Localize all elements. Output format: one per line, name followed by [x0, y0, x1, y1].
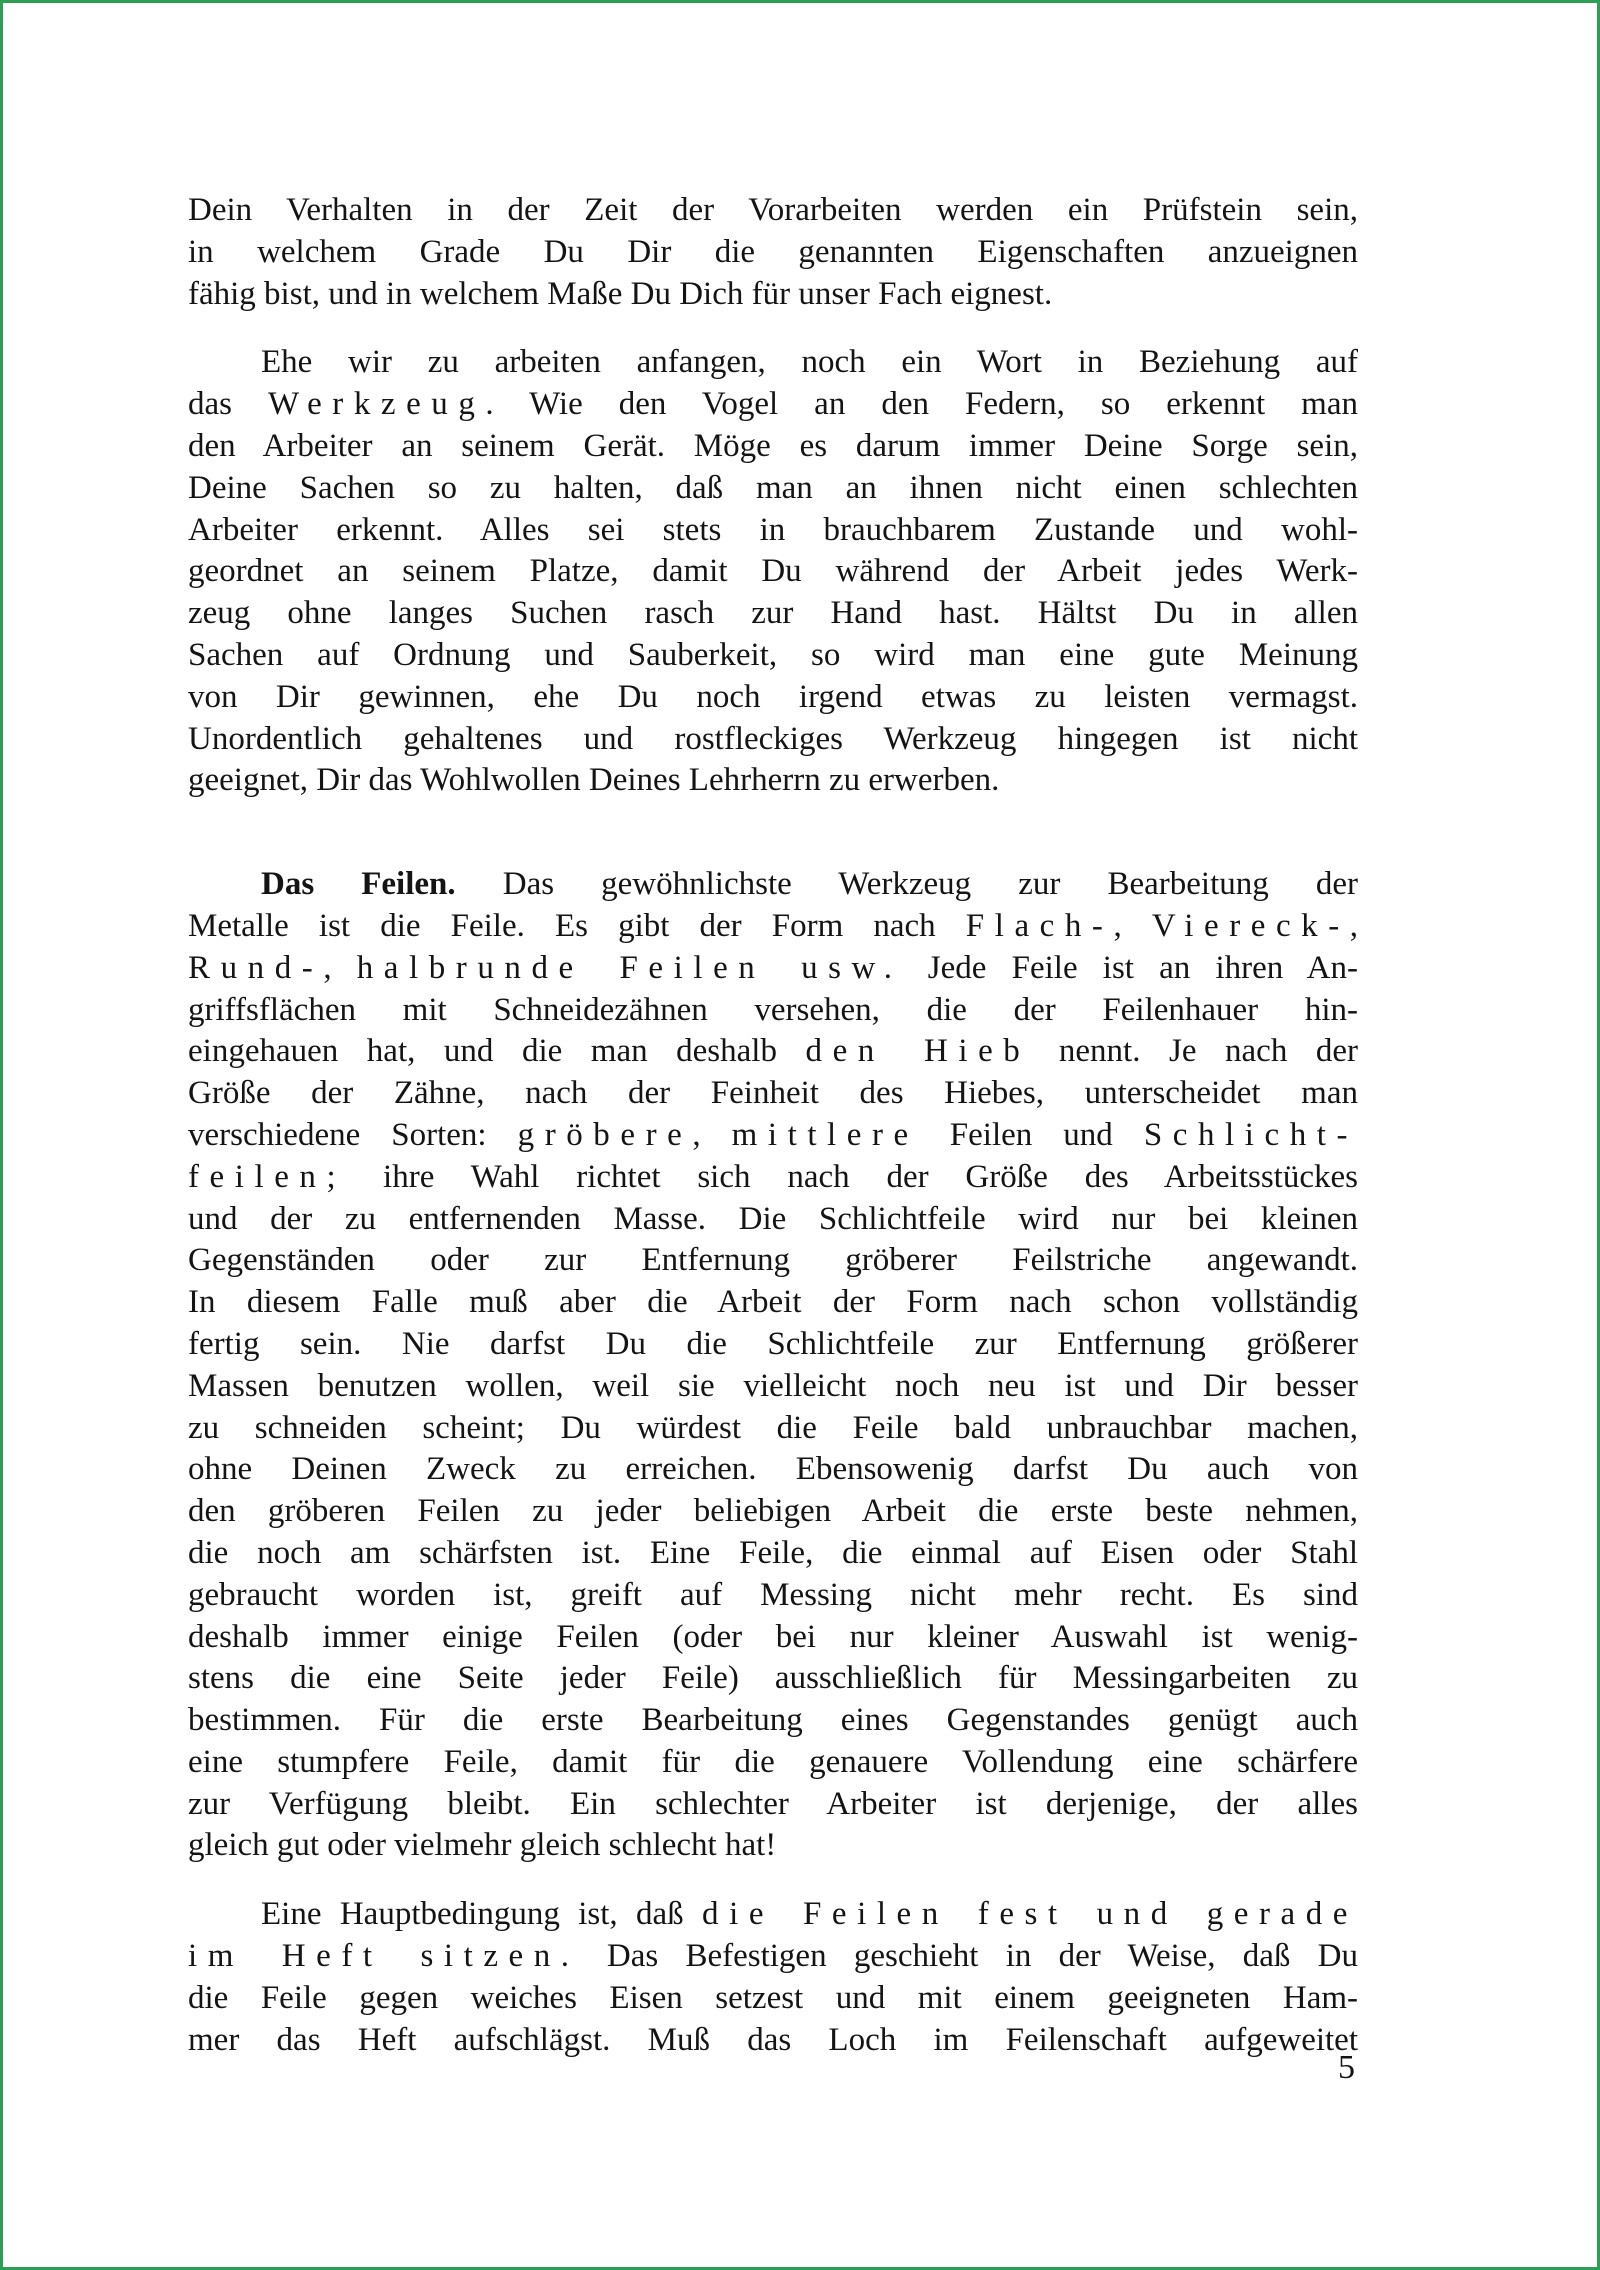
text-line: zeug ohne langes Suchen rasch zur Hand h… — [188, 593, 1358, 635]
text-run: die noch am schärfsten ist. Eine Feile, … — [188, 1535, 1358, 1571]
text-run: Unordentlich gehaltenes und rostfleckige… — [188, 721, 1358, 757]
text-line: mer das Heft aufschlägst. Muß das Loch i… — [188, 2020, 1358, 2062]
text-line: deshalb immer einige Feilen (oder bei nu… — [188, 1617, 1358, 1659]
paragraph-gap — [188, 1867, 1358, 1894]
text-run: stens die eine Seite jeder Feile) aussch… — [188, 1660, 1358, 1696]
text-run: zu schneiden scheint; Du würdest die Fei… — [188, 1410, 1358, 1446]
text-run: , — [323, 950, 356, 986]
emphasized-term: mittlere — [732, 1117, 919, 1153]
text-line: in welchem Grade Du Dir die genannten Ei… — [188, 232, 1358, 274]
text-line: Sachen auf Ordnung und Sauberkeit, so wi… — [188, 635, 1358, 677]
page-text: Dein Verhalten in der Zeit der Vorarbeit… — [188, 190, 1358, 2061]
text-run: Jede Feile ist an ihren An- — [903, 950, 1358, 986]
emphasized-term: Viereck- — [1152, 908, 1350, 944]
text-line: Größe der Zähne, nach der Feinheit des H… — [188, 1073, 1358, 1115]
text-line: gebraucht worden ist, greift auf Messing… — [188, 1575, 1358, 1617]
text-line: verschiedene Sorten: gröbere, mittlere F… — [188, 1115, 1358, 1157]
text-run: das — [188, 386, 268, 422]
text-line: von Dir gewinnen, ehe Du noch irgend etw… — [188, 677, 1358, 719]
text-run: Deine Sachen so zu halten, daß man an ih… — [188, 470, 1358, 506]
text-run: fertig sein. Nie darfst Du die Schlichtf… — [188, 1326, 1358, 1362]
text-run: geeignet, Dir das Wohlwollen Deines Lehr… — [188, 762, 999, 798]
emphasized-term: Rund- — [188, 950, 323, 986]
text-line: eingehauen hat, und die man deshalb den … — [188, 1031, 1358, 1073]
text-line: fähig bist, und in welchem Maße Du Dich … — [188, 274, 1358, 316]
text-run: eine stumpfere Feile, damit für die gena… — [188, 1744, 1358, 1780]
text-run: und der zu entfernenden Masse. Die Schli… — [188, 1201, 1358, 1237]
text-line: In diesem Falle muß aber die Arbeit der … — [188, 1282, 1358, 1324]
paragraph: Ehe wir zu arbeiten anfangen, noch ein W… — [188, 342, 1358, 802]
text-run: Metalle ist die Feile. Es gibt der Form … — [188, 908, 966, 944]
text-run: den gröberen Feilen zu jeder beliebigen … — [188, 1493, 1358, 1529]
emphasized-term: im Heft sitzen. — [188, 1938, 580, 1974]
text-line: geordnet an seinem Platze, damit Du währ… — [188, 551, 1358, 593]
text-run: Gegenständen oder zur Entfernung gröbere… — [188, 1242, 1358, 1278]
text-line: gleich gut oder vielmehr gleich schlecht… — [188, 1825, 1358, 1867]
section-feilen: Das Feilen. Das gewöhnlichste Werkzeug z… — [188, 864, 1358, 1867]
text-run: Eine Hauptbedingung ist, daß — [261, 1896, 702, 1932]
emphasized-term: gröbere — [518, 1117, 693, 1153]
text-run: zur Verfügung bleibt. Ein schlechter Arb… — [188, 1786, 1358, 1822]
text-line: und der zu entfernenden Masse. Die Schli… — [188, 1199, 1358, 1241]
text-line: fertig sein. Nie darfst Du die Schlichtf… — [188, 1324, 1358, 1366]
text-line: die Feile gegen weiches Eisen setzest un… — [188, 1978, 1358, 2020]
text-run: Massen benutzen wollen, weil sie viellei… — [188, 1368, 1358, 1404]
text-run: nennt. Je nach der — [1030, 1033, 1358, 1069]
text-line: den gröberen Feilen zu jeder beliebigen … — [188, 1491, 1358, 1533]
text-line: Unordentlich gehaltenes und rostfleckige… — [188, 719, 1358, 761]
page-number: 5 — [1338, 2049, 1355, 2087]
text-run: Das Befestigen geschieht in der Weise, d… — [580, 1938, 1358, 1974]
text-run: in welchem Grade Du Dir die genannten Ei… — [188, 234, 1358, 270]
text-run: Dein Verhalten in der Zeit der Vorarbeit… — [188, 192, 1358, 228]
text-run: Größe der Zähne, nach der Feinheit des H… — [188, 1075, 1358, 1111]
text-run: mer das Heft aufschlägst. Muß das Loch i… — [188, 2022, 1358, 2058]
emphasized-term: Werkzeug — [268, 386, 485, 422]
section-heading: Das Feilen. — [261, 866, 456, 902]
text-run: den Arbeiter an seinem Gerät. Möge es da… — [188, 428, 1358, 464]
text-run: ohne Deinen Zweck zu erreichen. Ebensowe… — [188, 1451, 1358, 1487]
page-frame: Dein Verhalten in der Zeit der Vorarbeit… — [0, 0, 1600, 2270]
paragraph: Eine Hauptbedingung ist, daß die Feilen … — [188, 1894, 1358, 2061]
text-line: ohne Deinen Zweck zu erreichen. Ebensowe… — [188, 1449, 1358, 1491]
text-line: Massen benutzen wollen, weil sie viellei… — [188, 1366, 1358, 1408]
text-run: ihre Wahl richtet sich nach der Größe de… — [346, 1159, 1358, 1195]
text-run: fähig bist, und in welchem Maße Du Dich … — [188, 276, 1052, 312]
text-run: bestimmen. Für die erste Bearbeitung ein… — [188, 1702, 1358, 1738]
text-run: In diesem Falle muß aber die Arbeit der … — [188, 1284, 1358, 1320]
text-line: Arbeiter erkennt. Alles sei stets in bra… — [188, 510, 1358, 552]
emphasized-term: die Feilen fest und gerade — [702, 1896, 1358, 1932]
text-run: , — [1350, 908, 1358, 944]
text-run: , — [692, 1117, 731, 1153]
paragraph: Dein Verhalten in der Zeit der Vorarbeit… — [188, 190, 1358, 315]
text-run: die Feile gegen weiches Eisen setzest un… — [188, 1980, 1358, 2016]
text-run: von Dir gewinnen, ehe Du noch irgend etw… — [188, 679, 1358, 715]
text-run: deshalb immer einige Feilen (oder bei nu… — [188, 1619, 1358, 1655]
text-line: Eine Hauptbedingung ist, daß die Feilen … — [188, 1894, 1358, 1936]
text-run: Das gewöhnlichste Werkzeug zur Bearbeitu… — [456, 866, 1358, 902]
emphasized-term: Schlicht- — [1144, 1117, 1358, 1153]
text-line: den Arbeiter an seinem Gerät. Möge es da… — [188, 426, 1358, 468]
text-line: griffsflächen mit Schneidezähnen versehe… — [188, 990, 1358, 1032]
text-line: geeignet, Dir das Wohlwollen Deines Lehr… — [188, 760, 1358, 802]
text-line: stens die eine Seite jeder Feile) aussch… — [188, 1658, 1358, 1700]
text-line: zur Verfügung bleibt. Ein schlechter Arb… — [188, 1784, 1358, 1826]
text-line: zu schneiden scheint; Du würdest die Fei… — [188, 1408, 1358, 1450]
text-run: geordnet an seinem Platze, damit Du währ… — [188, 553, 1358, 589]
text-run: Arbeiter erkennt. Alles sei stets in bra… — [188, 512, 1358, 548]
text-line: Ehe wir zu arbeiten anfangen, noch ein W… — [188, 342, 1358, 384]
text-run: zeug ohne langes Suchen rasch zur Hand h… — [188, 595, 1358, 631]
text-line: Metalle ist die Feile. Es gibt der Form … — [188, 906, 1358, 948]
text-run: gleich gut oder vielmehr gleich schlecht… — [188, 1827, 776, 1863]
paragraph-gap — [188, 802, 1358, 864]
emphasized-term: Flach- — [966, 908, 1114, 944]
emphasized-term: halbrunde Feilen usw. — [357, 950, 903, 986]
text-line: bestimmen. Für die erste Bearbeitung ein… — [188, 1700, 1358, 1742]
text-line: im Heft sitzen. Das Befestigen geschieht… — [188, 1936, 1358, 1978]
text-line: Rund-, halbrunde Feilen usw. Jede Feile … — [188, 948, 1358, 990]
text-line: Das Feilen. Das gewöhnlichste Werkzeug z… — [188, 864, 1358, 906]
text-run: Sachen auf Ordnung und Sauberkeit, so wi… — [188, 637, 1358, 673]
text-run: gebraucht worden ist, greift auf Messing… — [188, 1577, 1358, 1613]
text-run: . Wie den Vogel an den Federn, so erkenn… — [485, 386, 1358, 422]
text-line: Dein Verhalten in der Zeit der Vorarbeit… — [188, 190, 1358, 232]
text-run: verschiedene Sorten: — [188, 1117, 518, 1153]
text-run: griffsflächen mit Schneidezähnen versehe… — [188, 992, 1358, 1028]
emphasized-term: feilen; — [188, 1159, 346, 1195]
text-line: Gegenständen oder zur Entfernung gröbere… — [188, 1240, 1358, 1282]
text-line: Deine Sachen so zu halten, daß man an ih… — [188, 468, 1358, 510]
emphasized-term: den Hieb — [806, 1033, 1031, 1069]
text-run: Feilen und — [919, 1117, 1144, 1153]
text-line: eine stumpfere Feile, damit für die gena… — [188, 1742, 1358, 1784]
text-run: Ehe wir zu arbeiten anfangen, noch ein W… — [261, 344, 1358, 380]
text-run: eingehauen hat, und die man deshalb — [188, 1033, 806, 1069]
text-line: feilen; ihre Wahl richtet sich nach der … — [188, 1157, 1358, 1199]
text-line: die noch am schärfsten ist. Eine Feile, … — [188, 1533, 1358, 1575]
text-run: , — [1113, 908, 1151, 944]
text-line: das Werkzeug. Wie den Vogel an den Feder… — [188, 384, 1358, 426]
paragraph-gap — [188, 315, 1358, 342]
